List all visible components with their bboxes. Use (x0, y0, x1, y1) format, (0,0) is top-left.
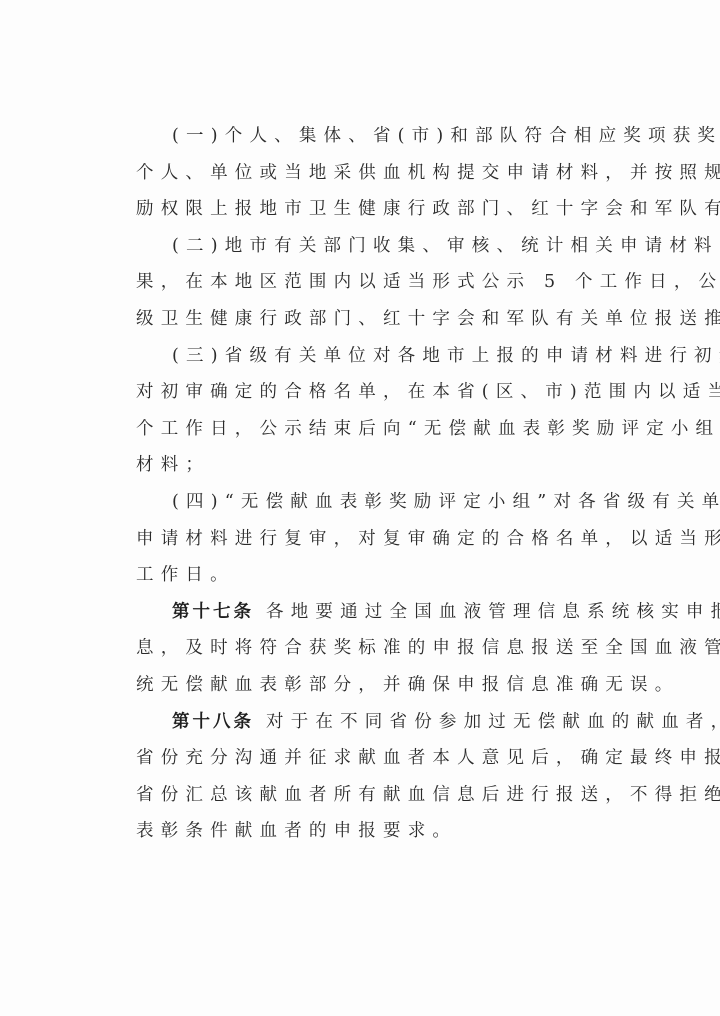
article-text: 对于在不同省份参加过无偿献血的献血者，由各 (266, 712, 720, 732)
text-line: 果，在本地区范围内以适当形式公示 5 个工作日，公示结束后向省 (87, 264, 643, 301)
article-heading: 第十七条 (172, 602, 254, 622)
text-line: 材料； (87, 447, 643, 484)
text-line: 个工作日，公示结束后向“无偿献血表彰奖励评定小组”报送推荐 (87, 411, 643, 448)
text-line: (三)省级有关单位对各地市上报的申请材料进行初步审核， (87, 338, 643, 375)
text-line: 表彰条件献血者的申报要求。 (87, 813, 643, 850)
article-heading: 第十八条 (172, 712, 254, 732)
document-page: (一)个人、集体、省(市)和部队符合相应奖项获奖标准的，由 个人、单位或当地采供… (87, 118, 643, 850)
text-line: (四)“无偿献血表彰奖励评定小组”对各省级有关单位上报的 (87, 484, 643, 521)
paragraph-item-2: (二)地市有关部门收集、审核、统计相关申请材料，对审核结 果，在本地区范围内以适… (87, 228, 643, 338)
paragraph-item-1: (一)个人、集体、省(市)和部队符合相应奖项获奖标准的，由 个人、单位或当地采供… (87, 118, 643, 228)
paragraph-article-18: 第十八条对于在不同省份参加过无偿献血的献血者，由各 省份充分沟通并征求献血者本人… (87, 704, 643, 850)
article-text: 各地要通过全国血液管理信息系统核实申报信 (266, 602, 720, 622)
text-line: 统无偿献血表彰部分，并确保申报信息准确无误。 (87, 667, 643, 704)
paragraph-item-4: (四)“无偿献血表彰奖励评定小组”对各省级有关单位上报的 申请材料进行复审，对复… (87, 484, 643, 594)
text-line: 省份充分沟通并征求献血者本人意见后，确定最终申报省份，由该 (87, 740, 643, 777)
text-line: 申请材料进行复审，对复审确定的合格名单，以适当形式公示 5 个 (87, 521, 643, 558)
text-line: (一)个人、集体、省(市)和部队符合相应奖项获奖标准的，由 (87, 118, 643, 155)
text-line: 励权限上报地市卫生健康行政部门、红十字会和军队有关单位； (87, 191, 643, 228)
text-line: 工作日。 (87, 557, 643, 594)
text-line: 省份汇总该献血者所有献血信息后进行报送，不得拒绝受理符合 (87, 777, 643, 814)
text-line: 级卫生健康行政部门、红十字会和军队有关单位报送推荐材料； (87, 301, 643, 338)
text-line: 对初审确定的合格名单，在本省(区、市)范围内以适当形式公示 5 (87, 374, 643, 411)
paragraph-item-3: (三)省级有关单位对各地市上报的申请材料进行初步审核， 对初审确定的合格名单，在… (87, 338, 643, 484)
text-line: 第十八条对于在不同省份参加过无偿献血的献血者，由各 (87, 704, 643, 741)
text-line: 第十七条各地要通过全国血液管理信息系统核实申报信 (87, 594, 643, 631)
text-line: 个人、单位或当地采供血机构提交申请材料，并按照规定的表彰奖 (87, 155, 643, 192)
text-line: (二)地市有关部门收集、审核、统计相关申请材料，对审核结 (87, 228, 643, 265)
text-line: 息，及时将符合获奖标准的申报信息报送至全国血液管理信息系 (87, 630, 643, 667)
paragraph-article-17: 第十七条各地要通过全国血液管理信息系统核实申报信 息，及时将符合获奖标准的申报信… (87, 594, 643, 704)
